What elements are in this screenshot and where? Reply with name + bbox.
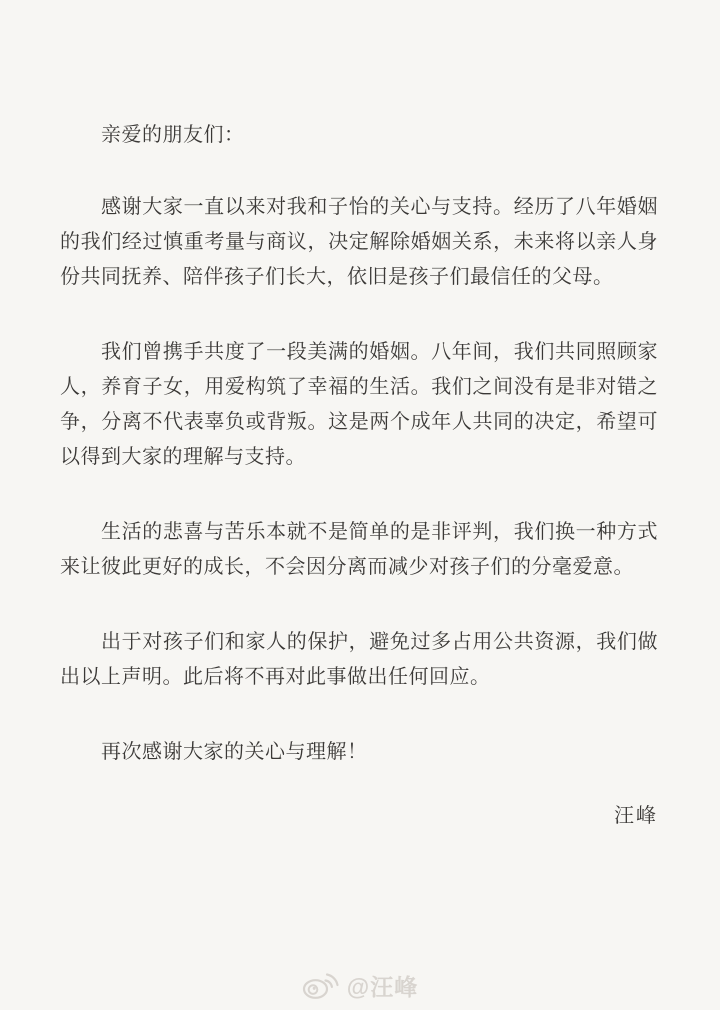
watermark-handle: @汪峰 (347, 969, 418, 1002)
paragraph-2: 我们曾携手共度了一段美满的婚姻。八年间，我们共同照顾家人，养育子女，用爱构筑了幸… (60, 334, 658, 474)
signature: 汪峰 (60, 798, 658, 833)
paragraph-3: 生活的悲喜与苦乐本就不是简单的是非评判，我们换一种方式来让彼此更好的成长，不会因… (60, 514, 658, 584)
paragraph-4: 出于对孩子们和家人的保护，避免过多占用公共资源，我们做出以上声明。此后将不再对此… (60, 624, 658, 694)
letter-body: 亲爱的朋友们： 感谢大家一直以来对我和子怡的关心与支持。经历了八年婚姻的我们经过… (60, 117, 658, 833)
statement-letter-page: 亲爱的朋友们： 感谢大家一直以来对我和子怡的关心与支持。经历了八年婚姻的我们经过… (0, 0, 720, 1010)
weibo-watermark: @汪峰 (0, 968, 720, 1002)
closing-thanks: 再次感谢大家的关心与理解！ (60, 734, 658, 769)
salutation: 亲爱的朋友们： (60, 117, 658, 152)
weibo-icon (302, 970, 340, 1000)
paragraph-1: 感谢大家一直以来对我和子怡的关心与支持。经历了八年婚姻的我们经过慎重考量与商议，… (60, 189, 658, 294)
